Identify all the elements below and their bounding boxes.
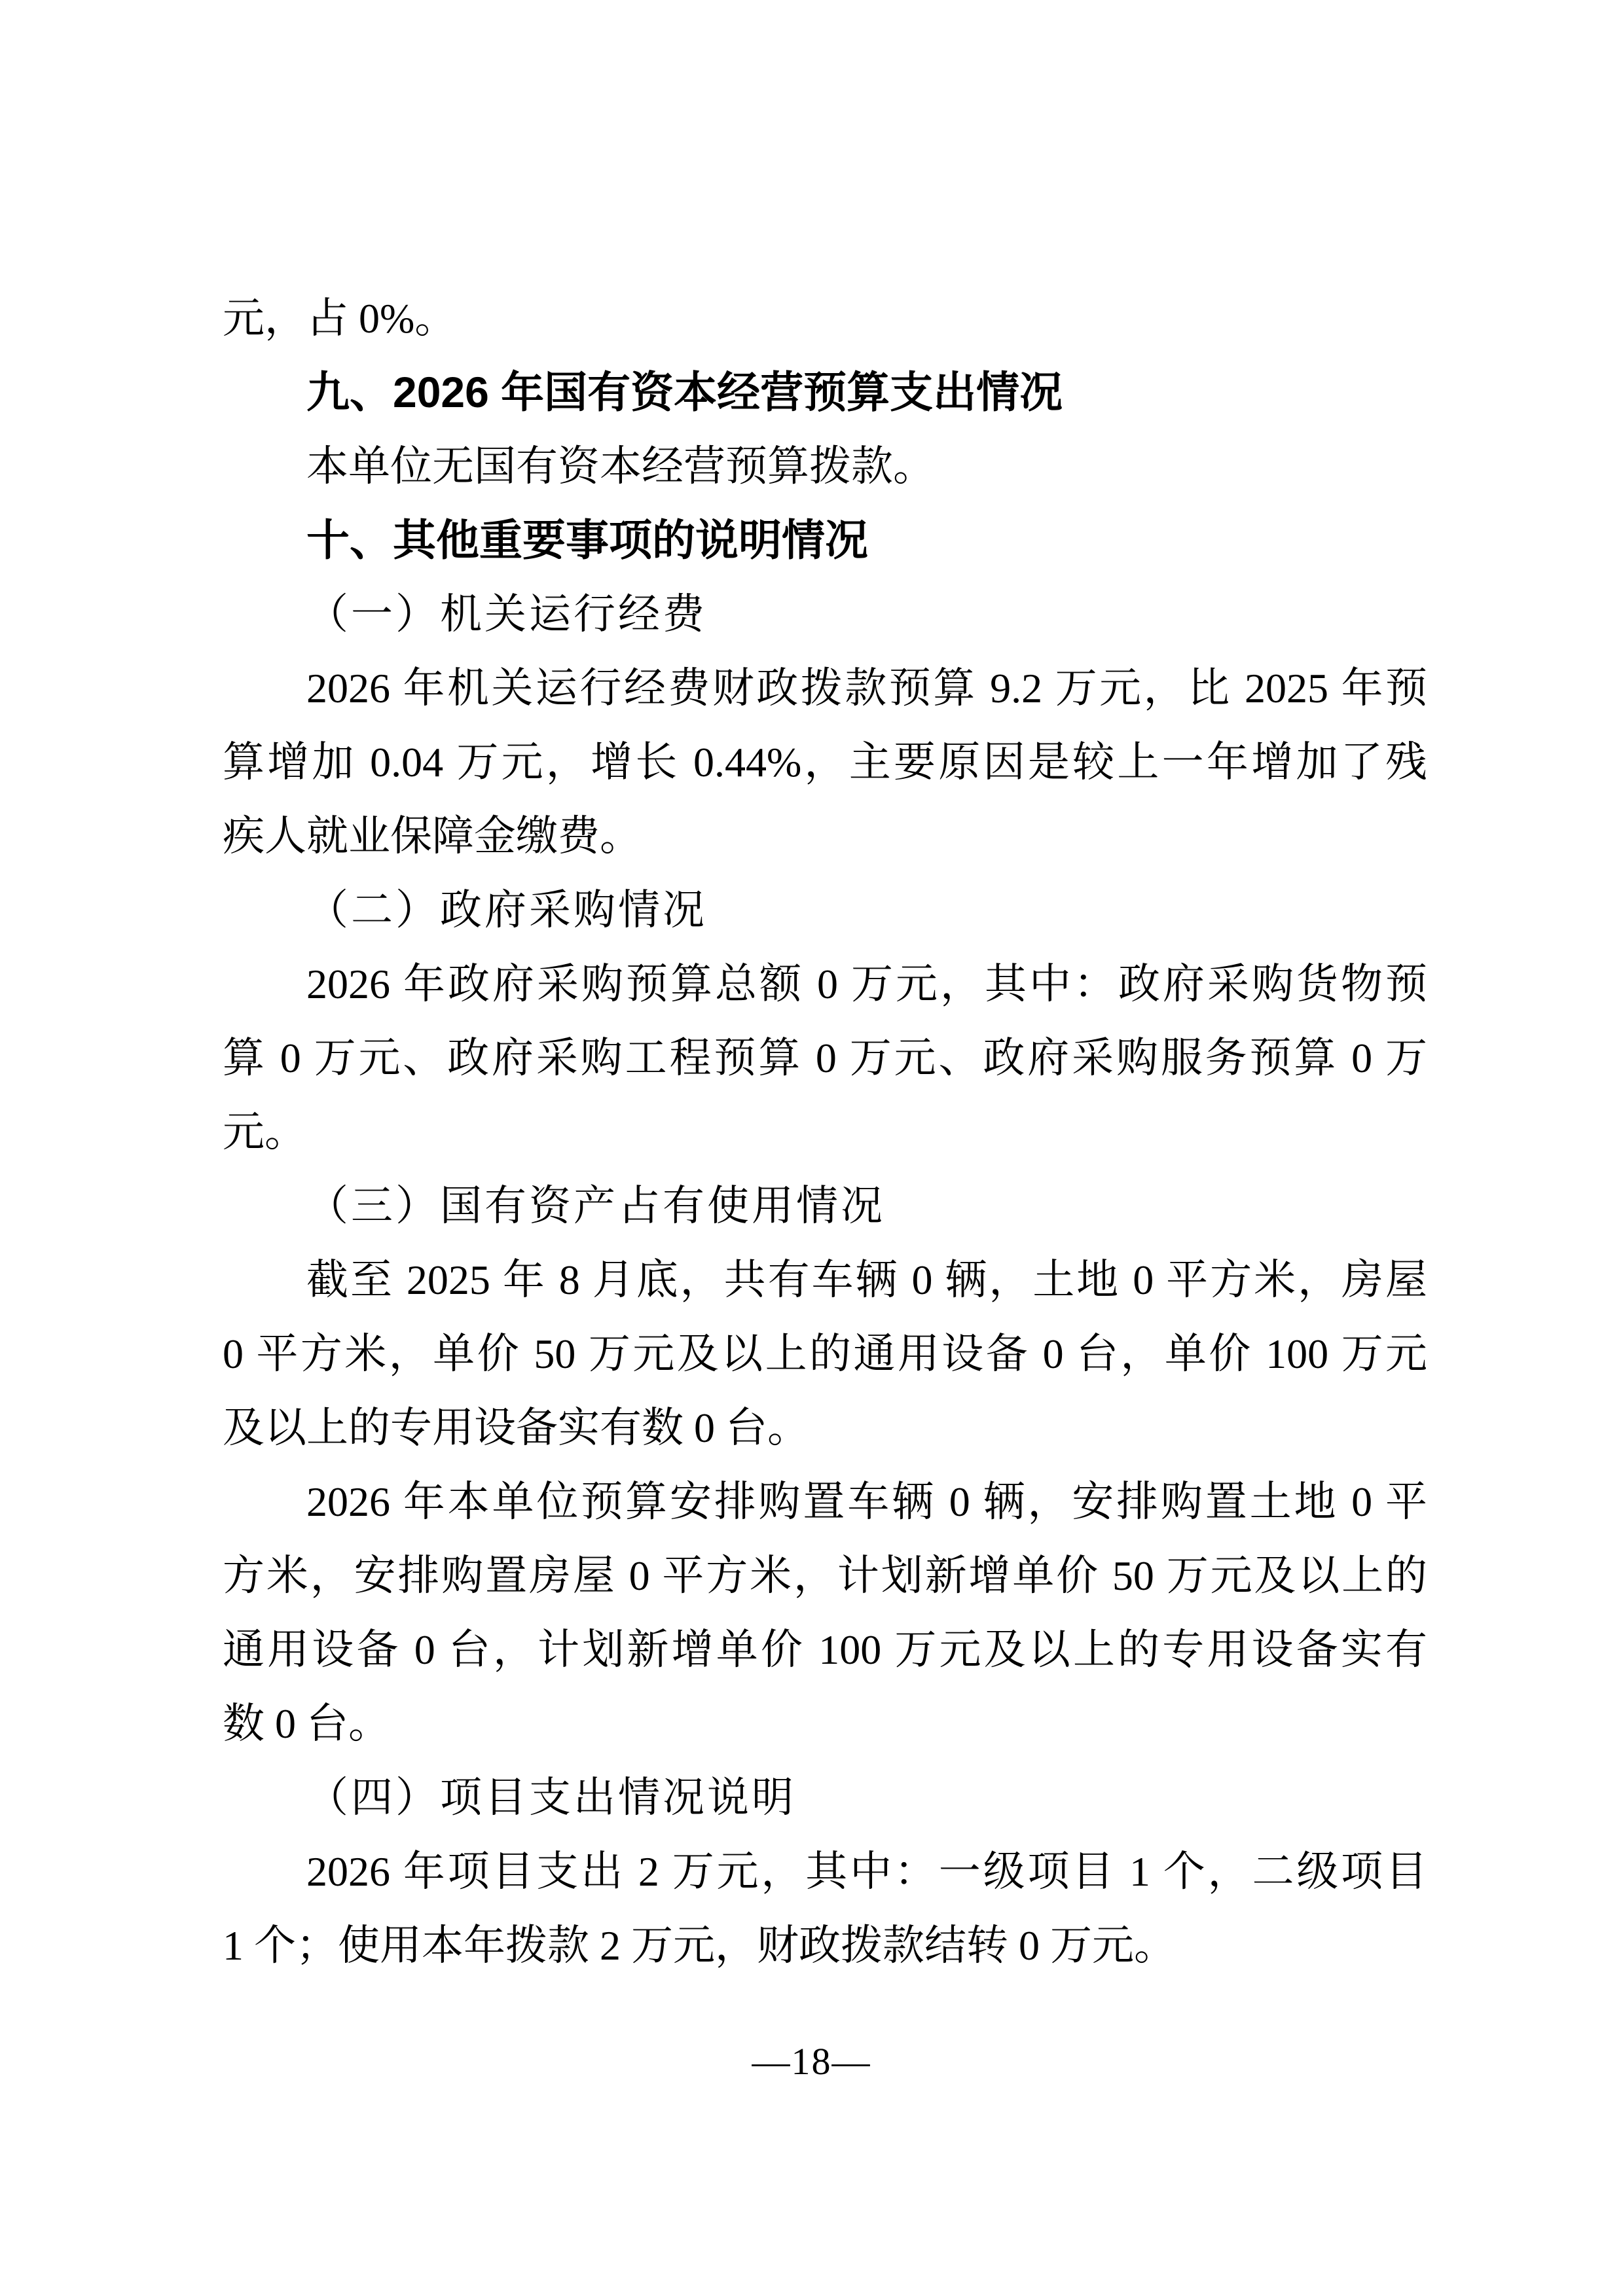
subsection-heading: （二）政府采购情况 xyxy=(223,873,1427,947)
paragraph-line: 算 0 万元、政府采购工程预算 0 万元、政府采购服务预算 0 万 xyxy=(223,1021,1427,1095)
paragraph-line: 截至 2025 年 8 月底，共有车辆 0 辆，土地 0 平方米，房屋 xyxy=(223,1243,1427,1317)
subsection-heading: （四）项目支出情况说明 xyxy=(223,1761,1427,1835)
paragraph-line: 2026 年本单位预算安排购置车辆 0 辆，安排购置土地 0 平 xyxy=(223,1465,1427,1539)
subsection-heading: （一）机关运行经费 xyxy=(223,577,1427,651)
paragraph-line: 元。 xyxy=(223,1095,1427,1169)
paragraph-line: 1 个；使用本年拨款 2 万元，财政拨款结转 0 万元。 xyxy=(223,1909,1427,1982)
paragraph-line: 元，占 0%。 xyxy=(223,281,1427,355)
paragraph-line: 及以上的专用设备实有数 0 台。 xyxy=(223,1391,1427,1465)
section-heading: 九、2026 年国有资本经营预算支出情况 xyxy=(223,355,1427,429)
paragraph-line: 通用设备 0 台，计划新增单价 100 万元及以上的专用设备实有 xyxy=(223,1613,1427,1687)
subsection-heading: （三）国有资产占有使用情况 xyxy=(223,1169,1427,1243)
page-number: —18— xyxy=(752,2040,871,2083)
paragraph-line: 疾人就业保障金缴费。 xyxy=(223,799,1427,873)
section-heading: 十、其他重要事项的说明情况 xyxy=(223,503,1427,577)
document-body: 元，占 0%。九、2026 年国有资本经营预算支出情况本单位无国有资本经营预算拨… xyxy=(223,281,1427,1982)
paragraph-line: 2026 年机关运行经费财政拨款预算 9.2 万元，比 2025 年预 xyxy=(223,651,1427,725)
paragraph-line: 方米，安排购置房屋 0 平方米，计划新增单价 50 万元及以上的 xyxy=(223,1539,1427,1613)
paragraph-line: 0 平方米，单价 50 万元及以上的通用设备 0 台，单价 100 万元 xyxy=(223,1317,1427,1391)
paragraph-line: 算增加 0.04 万元，增长 0.44%，主要原因是较上一年增加了残 xyxy=(223,725,1427,799)
page-footer: —18— xyxy=(0,2041,1623,2083)
paragraph-line: 本单位无国有资本经营预算拨款。 xyxy=(223,429,1427,503)
document-page: 元，占 0%。九、2026 年国有资本经营预算支出情况本单位无国有资本经营预算拨… xyxy=(0,0,1623,2296)
paragraph-line: 数 0 台。 xyxy=(223,1687,1427,1761)
paragraph-line: 2026 年政府采购预算总额 0 万元，其中：政府采购货物预 xyxy=(223,947,1427,1021)
paragraph-line: 2026 年项目支出 2 万元，其中：一级项目 1 个，二级项目 xyxy=(223,1835,1427,1909)
